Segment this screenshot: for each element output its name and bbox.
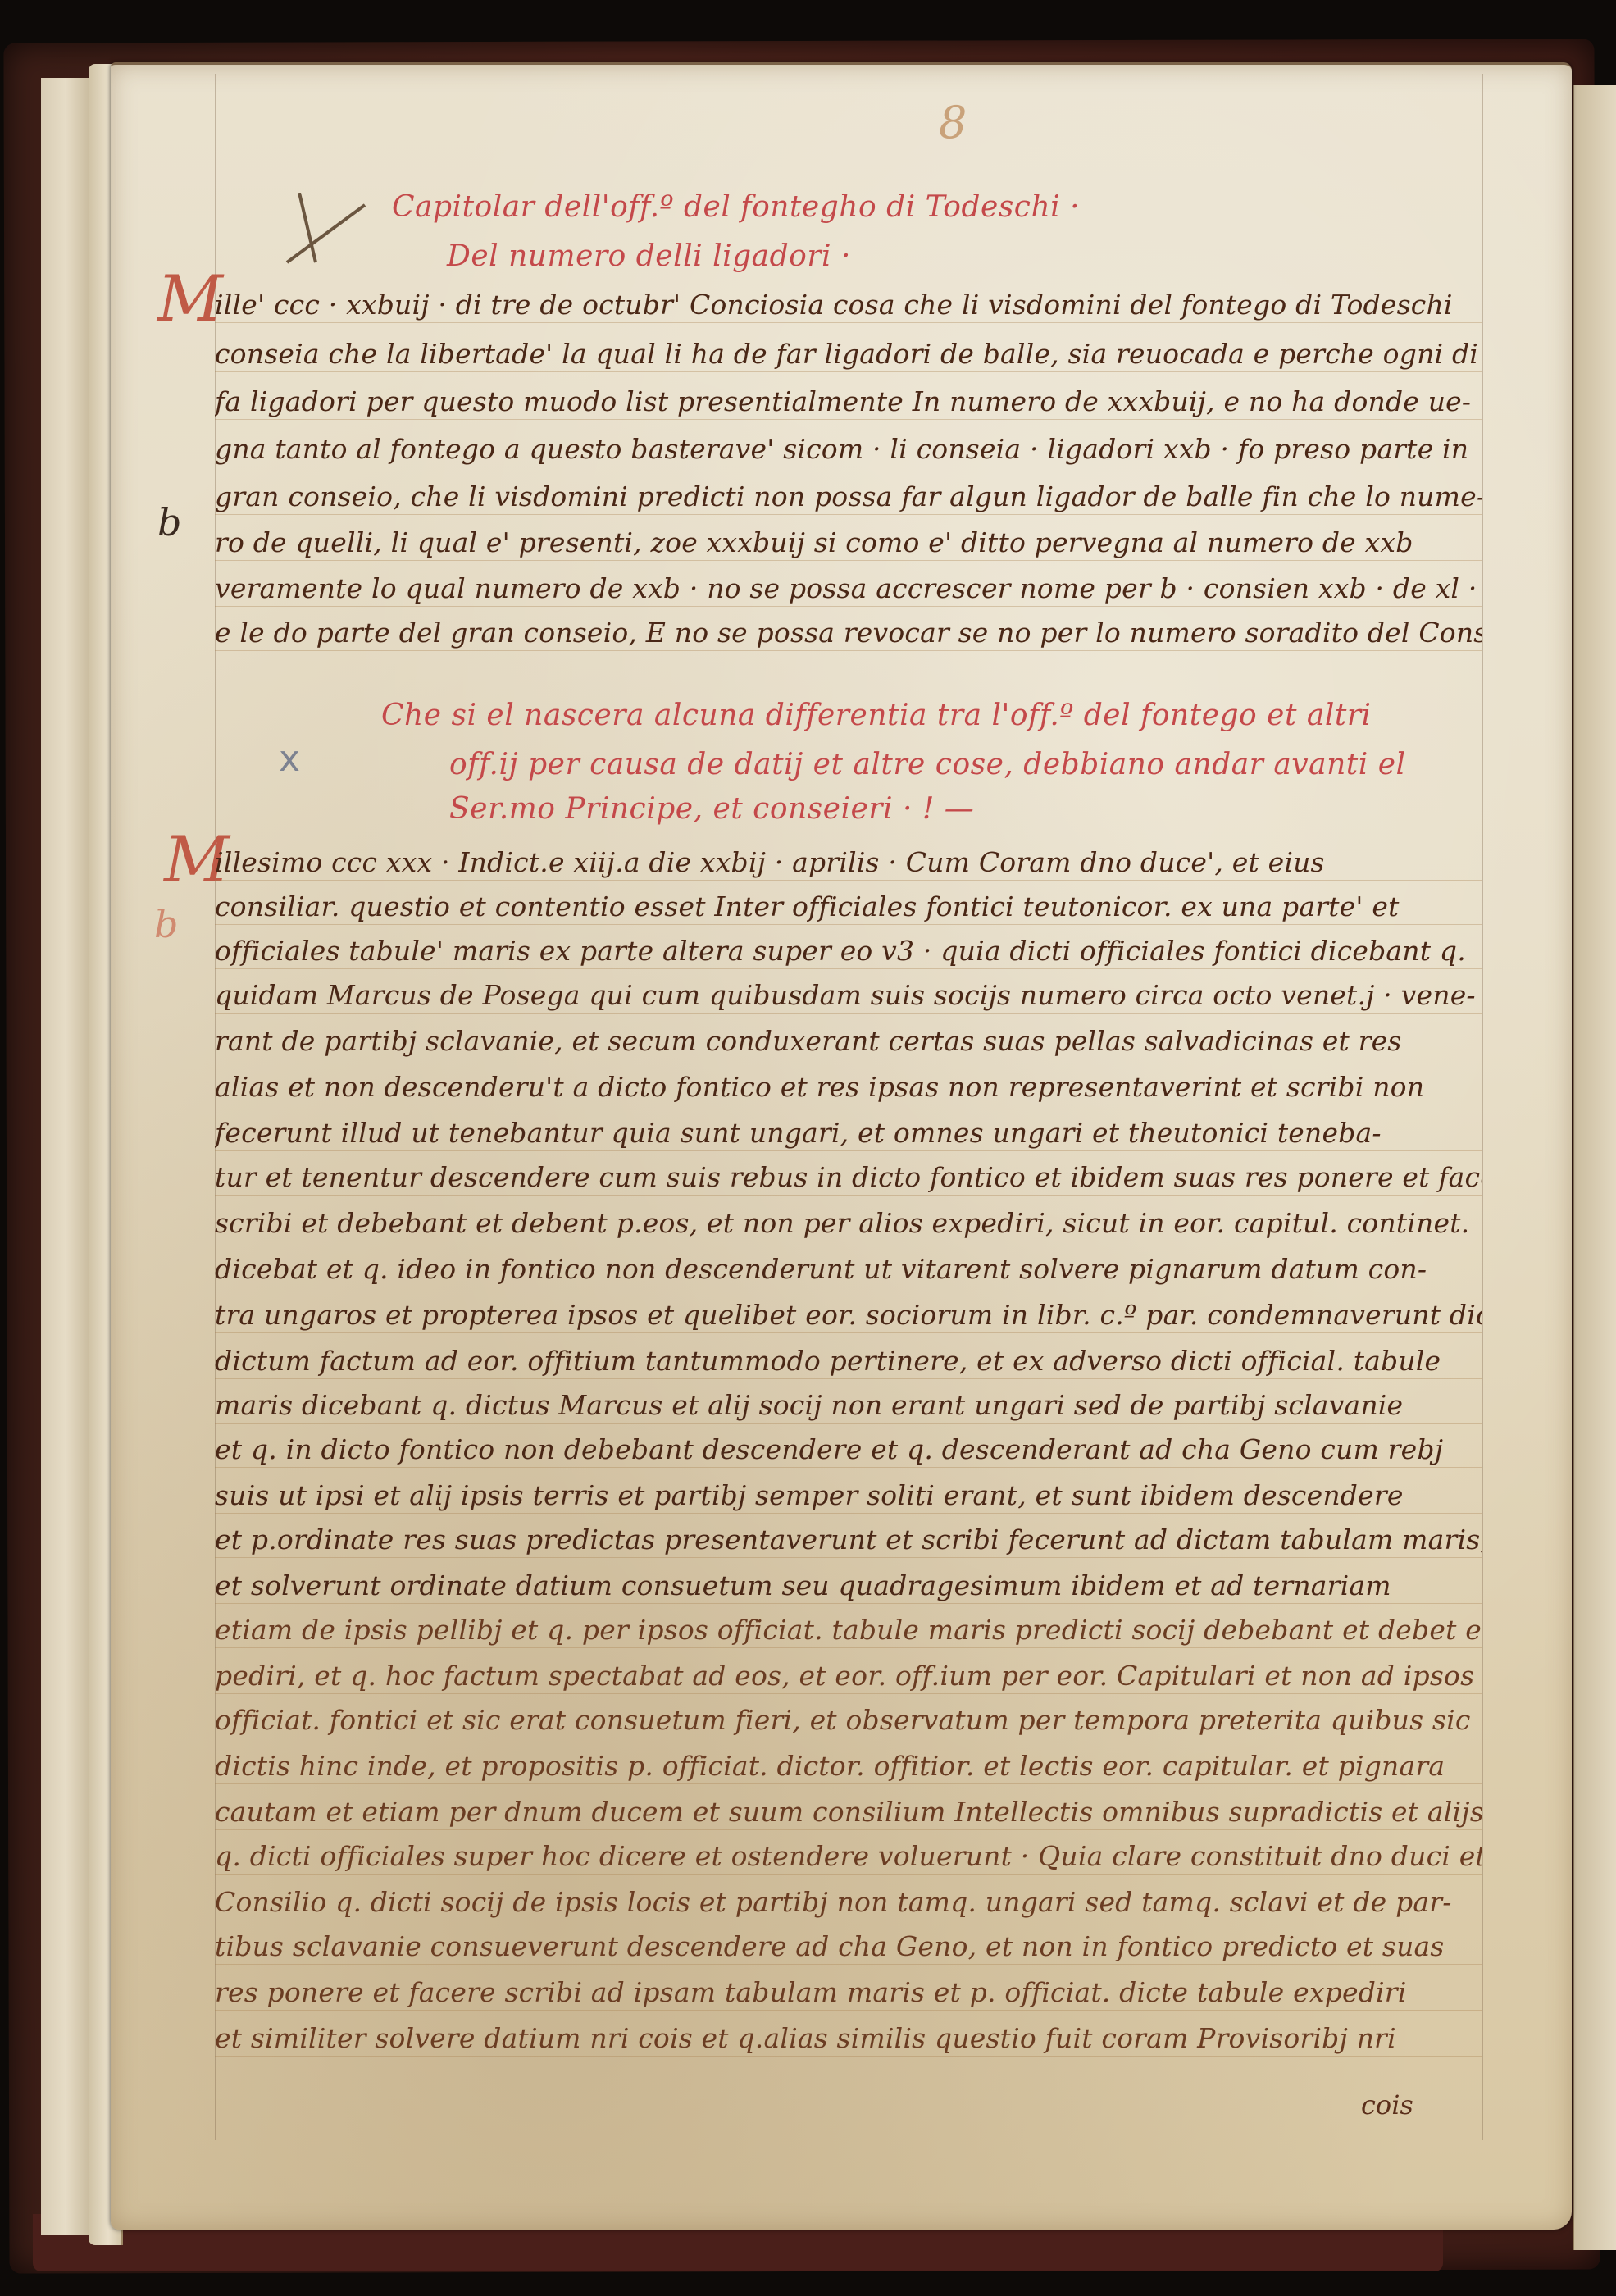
text-line: tur et tenentur descendere cum suis rebu… xyxy=(215,1161,1482,1196)
text-line: rant de partibj sclavanie, et secum cond… xyxy=(215,1025,1482,1059)
text-line: tra ungaros et propterea ipsos et quelib… xyxy=(215,1299,1482,1333)
text-line: fecerunt illud ut tenebantur quia sunt u… xyxy=(215,1117,1482,1151)
ruling-line-left xyxy=(215,74,216,2140)
rubric-heading-1-line-2: Del numero delli ligadori · xyxy=(447,239,851,273)
text-line: ro de quelli, li qual e' presenti, zoe x… xyxy=(215,526,1482,561)
text-line: scribi et debebant et debent p.eos, et n… xyxy=(215,1207,1482,1241)
cross-mark-icon xyxy=(283,193,373,266)
rubric-heading-2-line-3: Ser.mo Principe, et conseieri · ! — xyxy=(449,792,974,826)
text-line: e le do parte del gran conseio, E no se … xyxy=(215,617,1482,651)
text-line: et solverunt ordinate datium consuetum s… xyxy=(215,1569,1482,1604)
decorated-initial-1: M xyxy=(157,262,223,336)
text-line: et similiter solvere datium nri cois et … xyxy=(215,2022,1482,2057)
pencil-mark: x xyxy=(279,738,300,780)
catchword: cois xyxy=(1361,2089,1413,2121)
text-line: et q. in dicto fontico non debebant desc… xyxy=(215,1433,1482,1468)
margin-mark-1: b xyxy=(157,500,181,544)
text-line: dictis hinc inde, et propositis p. offic… xyxy=(215,1750,1482,1784)
facing-page-edge xyxy=(1573,85,1616,2250)
text-line: q. dicti officiales super hoc dicere et … xyxy=(215,1840,1482,1875)
text-line: conseia che la libertade' la qual li ha … xyxy=(215,338,1482,372)
text-line: gran conseio, che li visdomini predicti … xyxy=(215,481,1482,515)
text-line: fa ligadori per questo muodo list presen… xyxy=(215,385,1482,420)
text-line: officiat. fontici et sic erat consuetum … xyxy=(215,1704,1482,1738)
margin-mark-2: b xyxy=(154,902,178,946)
text-line: illesimo ccc xxx · Indict.e xiij.a die x… xyxy=(215,846,1482,881)
text-line: etiam de ipsis pellibj et q. per ipsos o… xyxy=(215,1614,1482,1648)
text-line: dictum factum ad eor. offitium tantummod… xyxy=(215,1345,1482,1379)
text-line: Consilio q. dicti socij de ipsis locis e… xyxy=(215,1886,1482,1920)
text-line: ille' ccc · xxbuij · di tre de octubr' C… xyxy=(215,289,1482,323)
text-line: et p.ordinate res suas predictas present… xyxy=(215,1524,1482,1558)
text-line: res ponere et facere scribi ad ipsam tab… xyxy=(215,1976,1482,2011)
rubric-heading-2-line-2: off.ij per causa de datij et altre cose,… xyxy=(449,748,1406,781)
text-line: maris dicebant q. dictus Marcus et alij … xyxy=(215,1389,1482,1424)
folio-number: 8 xyxy=(939,97,967,148)
text-line: gna tanto al fontego a questo basterave'… xyxy=(215,433,1482,467)
ruling-line-right xyxy=(1482,74,1483,2140)
text-line: veramente lo qual numero de xxb · no se … xyxy=(215,572,1482,607)
text-line: suis ut ipsi et alij ipsis terris et par… xyxy=(215,1479,1482,1514)
rubric-heading-2-line-1: Che si el nascera alcuna differentia tra… xyxy=(381,699,1372,732)
text-line: quidam Marcus de Posega qui cum quibusda… xyxy=(215,979,1482,1014)
text-line: tibus sclavanie consueverunt descendere … xyxy=(215,1930,1482,1965)
flyleaf-left xyxy=(41,78,92,2234)
text-line: dicebat et q. ideo in fontico non descen… xyxy=(215,1253,1482,1287)
rubric-heading-1-line-1: Capitolar dell'off.º del fontegho di Tod… xyxy=(392,190,1080,224)
text-line: alias et non descenderu't a dicto fontic… xyxy=(215,1071,1482,1105)
text-line: cautam et etiam per dnum ducem et suum c… xyxy=(215,1796,1482,1830)
text-line: consiliar. questio et contentio esset In… xyxy=(215,891,1482,925)
text-line: pediri, et q. hoc factum spectabat ad eo… xyxy=(215,1660,1482,1694)
text-line: officiales tabule' maris ex parte altera… xyxy=(215,935,1482,969)
